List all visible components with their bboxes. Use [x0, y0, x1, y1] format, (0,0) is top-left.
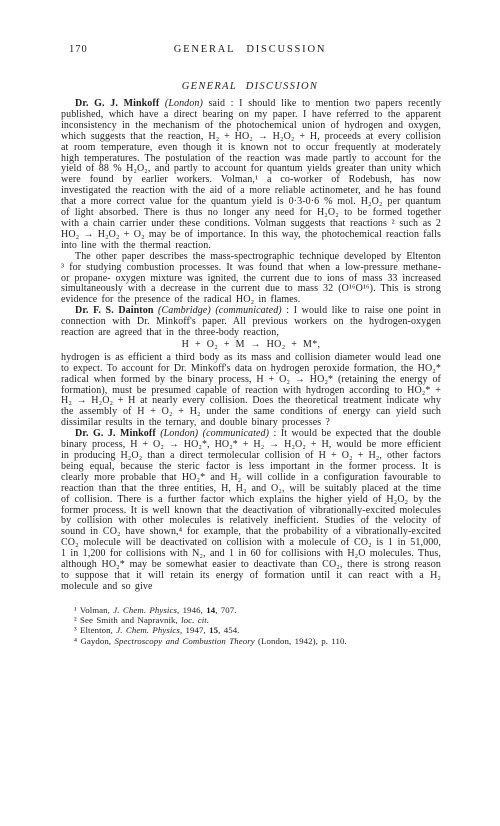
document-page: 170 GENERAL DISCUSSION GENERAL DISCUSSIO…	[0, 0, 500, 826]
text-segment: Dr. F. S. Dainton	[75, 305, 158, 316]
text-segment: ⁴ Gaydon,	[74, 636, 115, 646]
text-segment: , 1946,	[177, 605, 206, 615]
paragraph: Dr. G. J. Minkoff (London) said : I shou…	[61, 99, 441, 252]
paragraph: Dr. F. S. Dainton (Cambridge) (communica…	[61, 306, 441, 339]
text-segment: (London) (communicated)	[160, 428, 269, 439]
text-segment: hydrogen is as efficient a third body as…	[61, 352, 441, 428]
page-number: 170	[69, 44, 88, 55]
body-blocks: Dr. G. J. Minkoff (London) said : I shou…	[61, 99, 441, 593]
footnotes: ¹ Volman, J. Chem. Physics, 1946, 14, 70…	[61, 605, 441, 646]
text-segment: (London, 1942), p. 110.	[255, 636, 347, 646]
footnote: ¹ Volman, J. Chem. Physics, 1946, 14, 70…	[61, 605, 441, 615]
text-segment: : It would be expected that the double b…	[61, 428, 441, 592]
paragraph: The other paper describes the mass-spect…	[61, 252, 441, 307]
text-segment: J. Chem. Physics	[113, 605, 177, 615]
text-segment: Dr. G. J. Minkoff	[75, 98, 165, 109]
text-segment: , 1947,	[180, 625, 209, 635]
text-segment: loc. cit.	[181, 615, 209, 625]
text-segment: ¹ Volman,	[74, 605, 113, 615]
text-segment: Spectroscopy and Combustion Theory	[115, 636, 255, 646]
paragraph: Dr. G. J. Minkoff (London) (communicated…	[61, 429, 441, 593]
text-column: Dr. G. J. Minkoff (London) said : I shou…	[61, 99, 441, 646]
text-segment: J. Chem. Physics	[116, 625, 180, 635]
text-segment: 15	[209, 625, 218, 635]
text-segment: Dr. G. J. Minkoff	[75, 428, 160, 439]
text-segment: The other paper describes the mass-spect…	[61, 251, 441, 306]
text-segment: , 454.	[218, 625, 239, 635]
text-segment: , 707.	[215, 605, 236, 615]
footnote: ² See Smith and Napravnik, loc. cit.	[61, 615, 441, 625]
running-head: 170 GENERAL DISCUSSION	[0, 44, 500, 58]
text-segment: (Cambridge) (communicated)	[158, 305, 282, 316]
text-segment: ³ Eltenton,	[74, 625, 116, 635]
text-segment: (London)	[165, 98, 203, 109]
footnote: ³ Eltenton, J. Chem. Physics, 1947, 15, …	[61, 625, 441, 635]
text-segment: ² See Smith and Napravnik,	[74, 615, 181, 625]
text-segment: said : I should like to mention two pape…	[61, 98, 441, 251]
text-segment: 14	[206, 605, 215, 615]
footnote: ⁴ Gaydon, Spectroscopy and Combustion Th…	[61, 636, 441, 646]
paragraph: hydrogen is as efficient a third body as…	[61, 353, 441, 429]
equation-line: H + O₂ + M → HO₂ + M*,	[61, 340, 441, 351]
section-title: GENERAL DISCUSSION	[0, 81, 500, 92]
